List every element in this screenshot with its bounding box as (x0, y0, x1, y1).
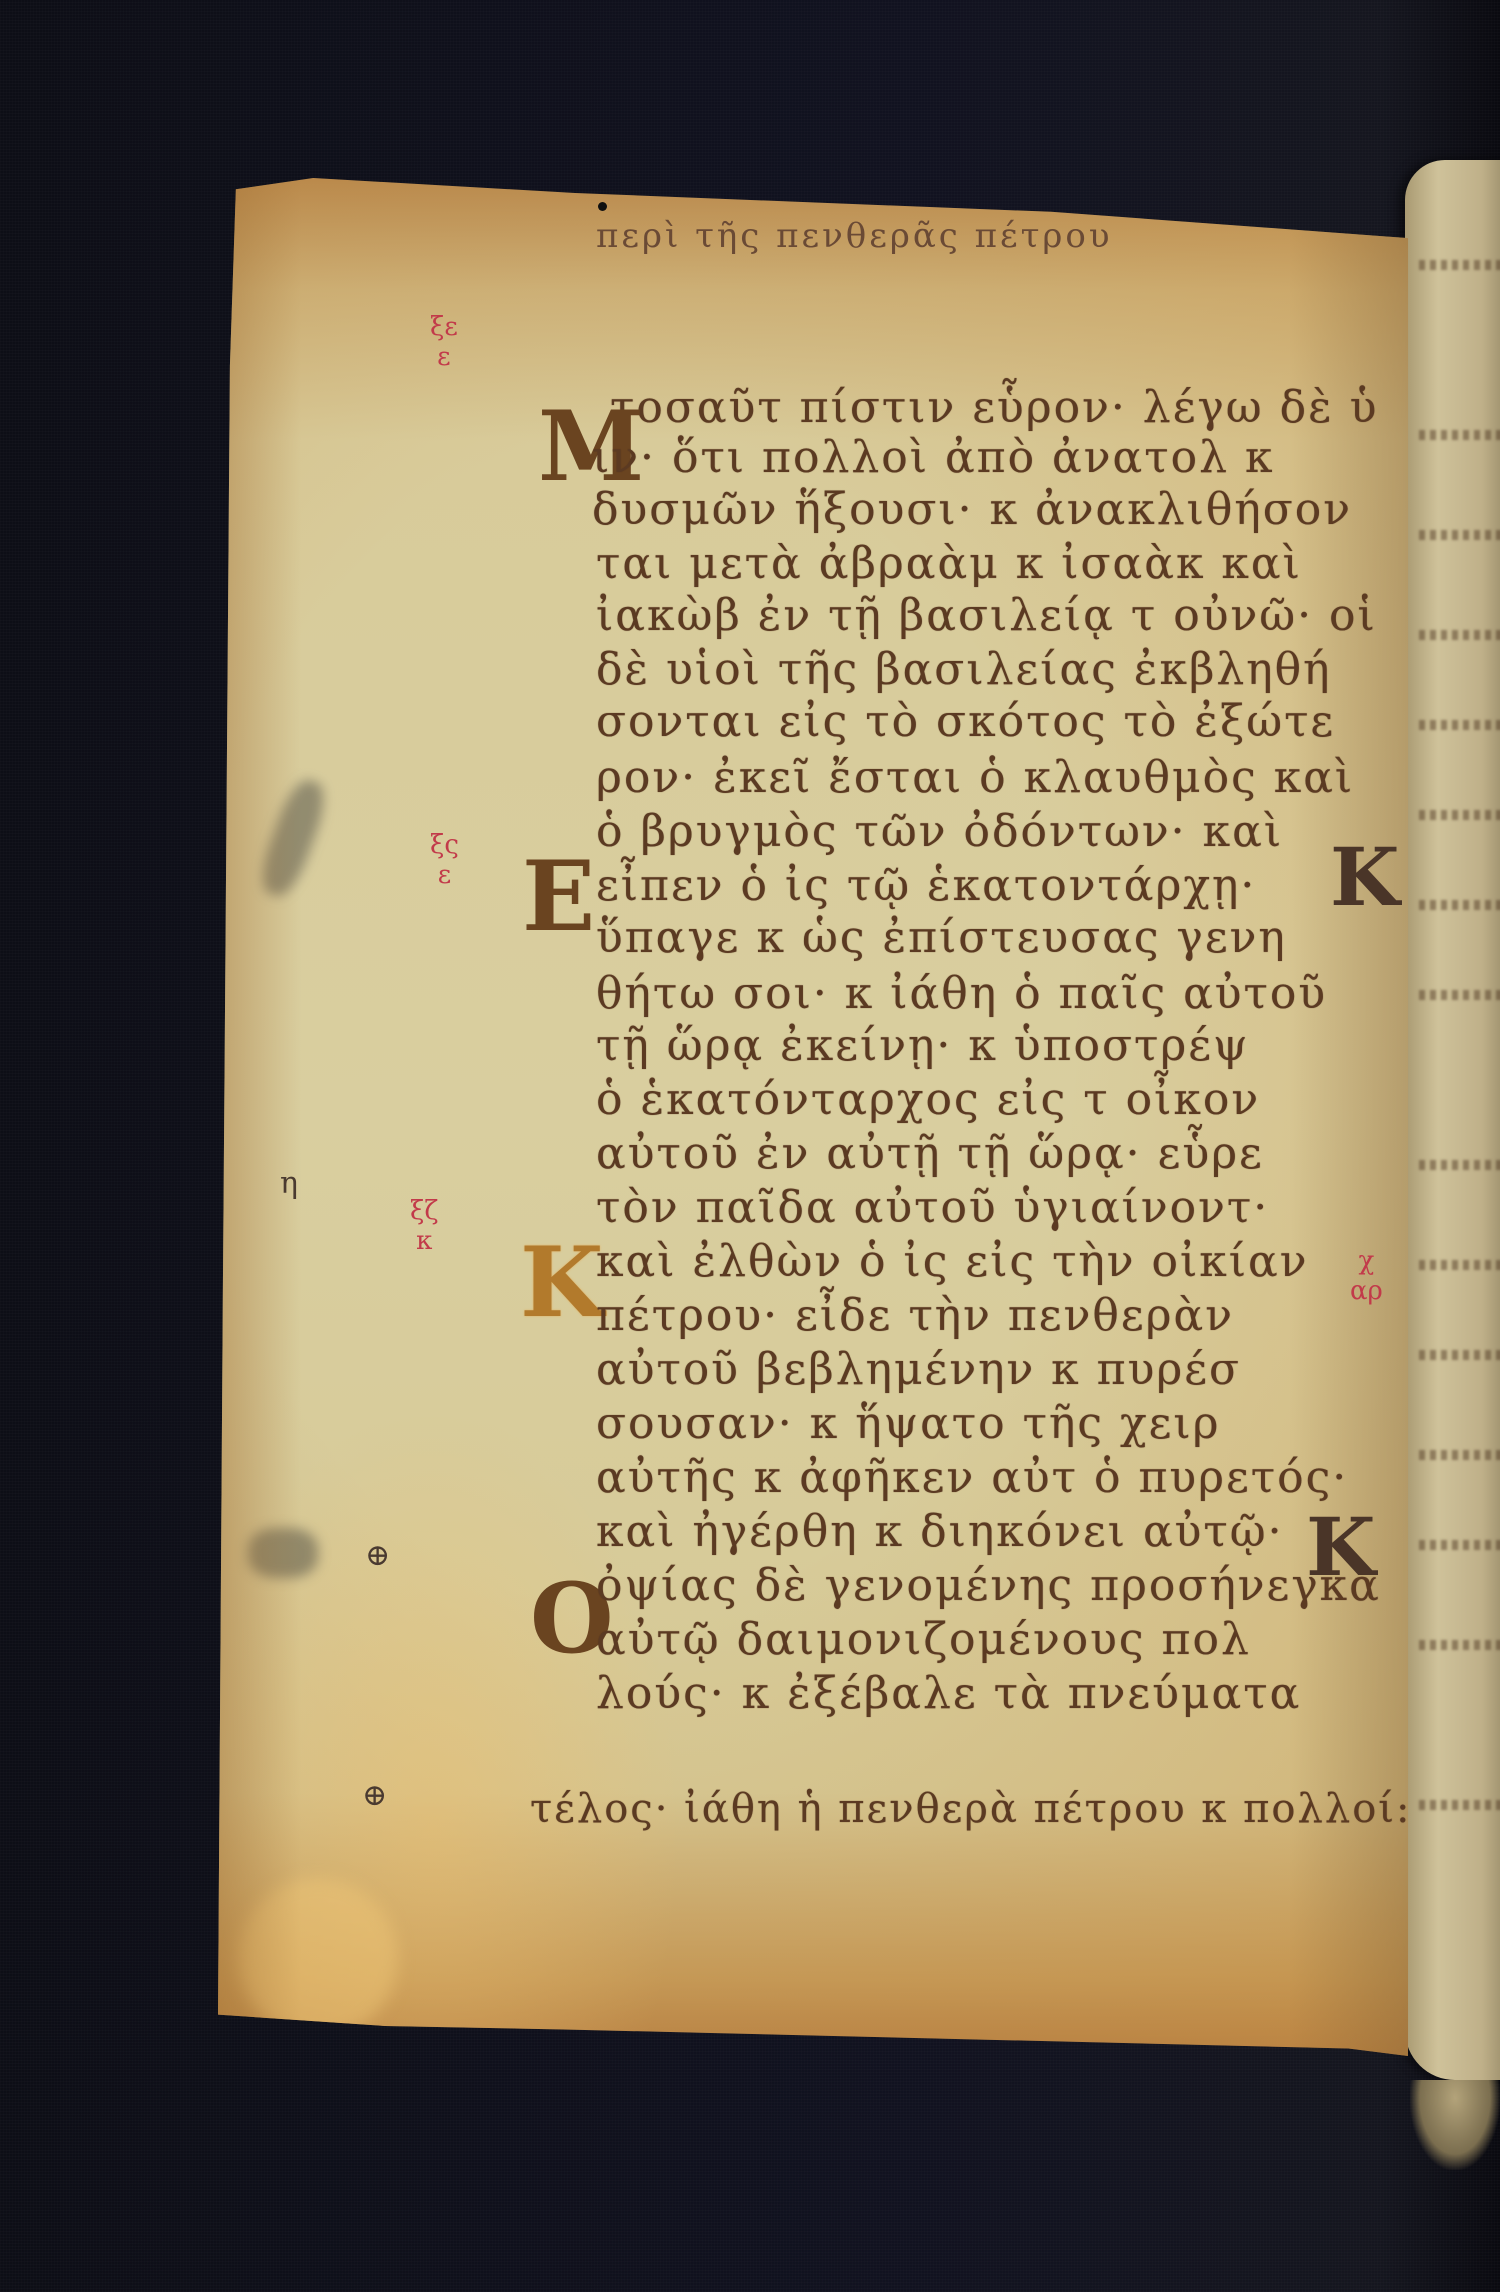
cross-mark-icon: ⊕ (365, 1540, 390, 1572)
text-line: ὕπαγε κ ὡς ἐπίστευσας γενη (596, 912, 1287, 963)
closing-rubric-line: τέλος· ἰάθη ἡ πενθερὰ πέτρου κ πολλοί: (530, 1786, 1411, 1832)
text-line: αὐτῷ δαιμονιζομένους πολ (596, 1614, 1251, 1665)
marginal-numeral: η (280, 1168, 298, 1200)
initial-letter: Ε (522, 840, 595, 953)
text-line: αὐτοῦ βεβλημένην κ πυρέσ (596, 1344, 1241, 1395)
text-line: τῇ ὥρᾳ ἐκείνῃ· κ ὑποστρέψ (596, 1020, 1250, 1071)
running-head: περὶ τῆς πενθερᾶς πέτρου (596, 216, 1113, 256)
text-line: ιν· ὅτι πολλοὶ ἀπὸ ἀνατολ κ (592, 432, 1274, 483)
marginal-rubric: χ αρ (1350, 1246, 1383, 1306)
cross-mark-icon: ⊕ (362, 1780, 387, 1812)
text-line: αὐτῆς κ ἀφῆκεν αὐτ ὁ πυρετός· (596, 1452, 1348, 1503)
text-line: καὶ ἠγέρθη κ διηκόνει αὐτῷ· (596, 1506, 1284, 1557)
marginal-rubric: ξς ε (430, 830, 459, 890)
text-line: σονται εἰς τὸ σκότος τὸ ἐξώτε (596, 696, 1335, 747)
text-line: λούς· κ ἐξέβαλε τὰ πνεύματα (596, 1668, 1301, 1719)
text-line: ὁ βρυγμὸς τῶν ὀδόντων· καὶ (596, 806, 1283, 857)
text-line: θήτω σοι· κ ἰάθη ὁ παῖς αὐτοῦ (596, 968, 1327, 1019)
text-line: ρον· ἐκεῖ ἔσται ὁ κλαυθμὸς καὶ (596, 752, 1354, 803)
text-block: περὶ τῆς πενθερᾶς πέτρου ξε ε τοσαῦτ πίσ… (0, 0, 1500, 2292)
text-line: καὶ ἐλθὼν ὁ ἰς εἰς τὴν οἰκίαν (596, 1236, 1308, 1287)
text-line: τὸν παῖδα αὐτοῦ ὑγιαίνοντ· (596, 1182, 1269, 1233)
right-margin-letter: Κ (1330, 830, 1400, 924)
ink-dot (598, 202, 607, 211)
marginal-rubric: ξζ κ (410, 1196, 438, 1256)
text-line: δὲ υἱοὶ τῆς βασιλείας ἐκβληθή (596, 644, 1332, 695)
text-line: ται μετὰ ἀβραὰμ κ ἰσαὰκ καὶ (596, 538, 1302, 589)
text-line: σουσαν· κ ἥψατο τῆς χειρ (596, 1398, 1221, 1449)
text-line: εἶπεν ὁ ἰς τῷ ἑκατοντάρχῃ· (596, 860, 1256, 911)
text-line: ὀψίας δὲ γενομένης προσήνεγκα (596, 1560, 1381, 1611)
text-line: αὐτοῦ ἐν αὐτῇ τῇ ὥρᾳ· εὗρε (596, 1128, 1264, 1179)
text-line: ἰακὼβ ἐν τῇ βασιλείᾳ τ οὐνῶ· οἱ (596, 590, 1377, 641)
text-line: ὁ ἑκατόνταρχος εἰς τ οἶκον (596, 1074, 1260, 1125)
gold-initial-letter: Κ (520, 1226, 603, 1339)
text-line: πέτρου· εἶδε τὴν πενθερὰν (596, 1290, 1234, 1341)
text-line: δυσμῶν ἥξουσι· κ ἀνακλιθήσον (592, 484, 1352, 535)
text-line: τοσαῦτ πίστιν εὗρον· λέγω δὲ ὑ (610, 382, 1379, 433)
marginal-rubric: ξε ε (430, 312, 458, 372)
